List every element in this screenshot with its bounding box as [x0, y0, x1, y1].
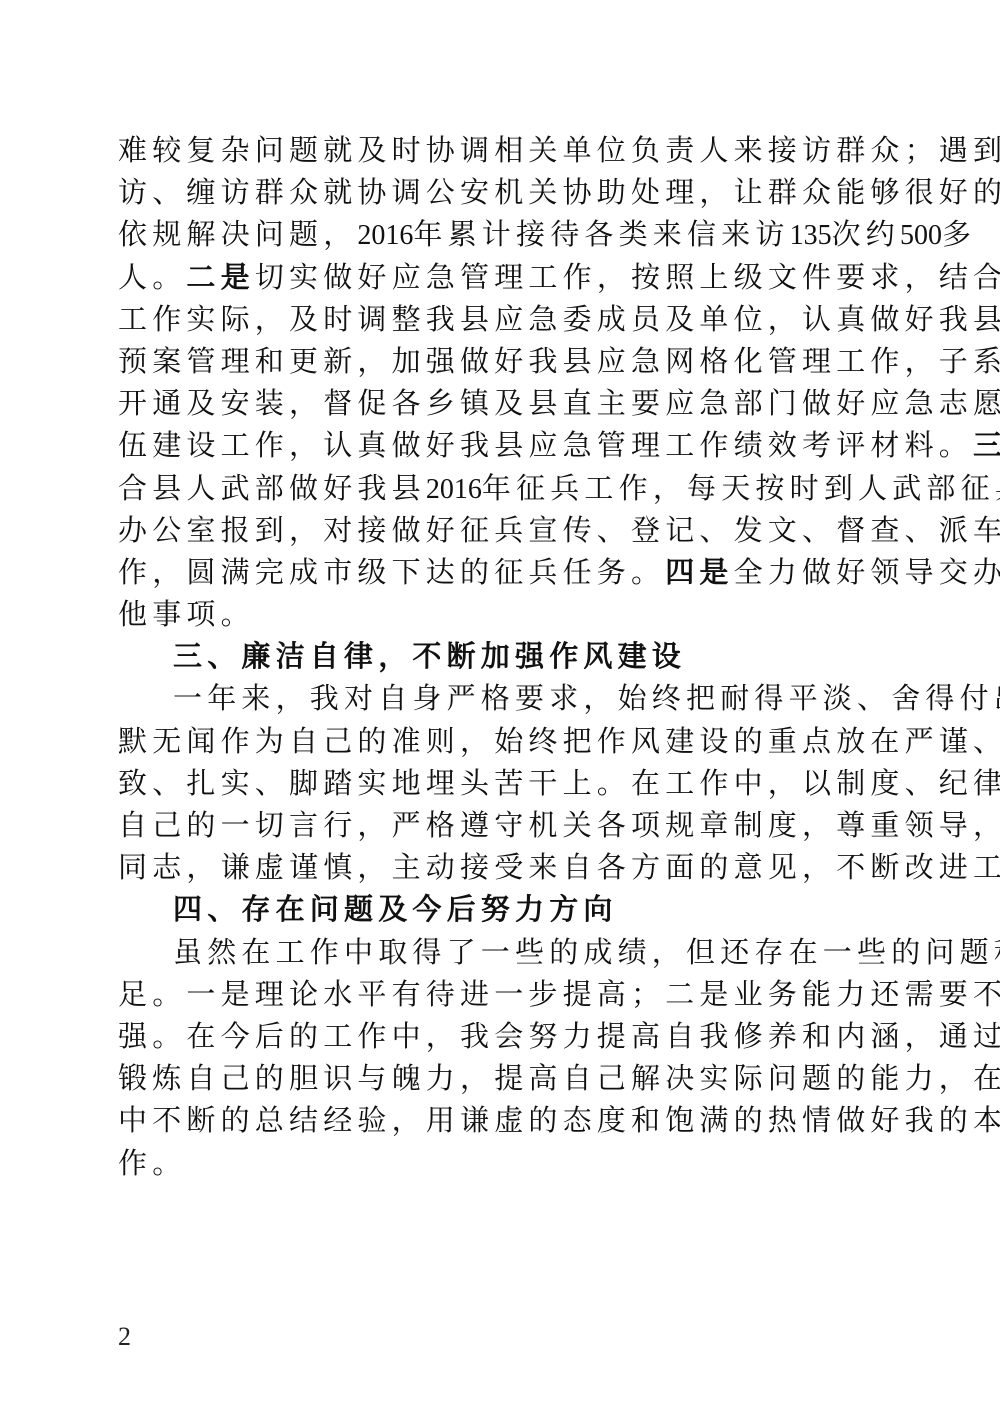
document-page: 难较复杂问题就及时协调相关单位负责人来接访群众；遇到闹 访、缠访群众就协调公安机…	[118, 129, 884, 1184]
text-span: 次约	[832, 217, 900, 251]
section-heading: 三、廉洁自律，不断加强作风建设	[118, 635, 884, 677]
text-span: 伍建设工作，认真做好我县应急管理工作绩效考评材料。	[118, 428, 973, 462]
text-line: 一年来，我对自身严格要求，始终把耐得平淡、舍得付出、默	[118, 677, 884, 719]
text-span: 人。	[118, 260, 186, 294]
text-span: 年累计接待各类来信来访	[413, 217, 789, 251]
bold-marker: 二是	[186, 260, 254, 294]
text-line: 依规解决问题，2016年累计接待各类来信来访135次约500多	[118, 213, 884, 255]
page-number: 2	[118, 1322, 131, 1352]
text-line: 自己的一切言行，严格遵守机关各项规章制度，尊重领导，团结	[118, 804, 884, 846]
bold-marker: 三是	[973, 428, 1000, 462]
text-line: 作。	[118, 1142, 884, 1184]
text-line: 足。一是理论水平有待进一步提高；二是业务能力还需要不断加	[118, 973, 884, 1015]
text-line: 难较复杂问题就及时协调相关单位负责人来接访群众；遇到闹	[118, 129, 884, 171]
text-line: 同志，谦虚谨慎，主动接受来自各方面的意见，不断改进工作。	[118, 846, 884, 888]
text-span: 作，圆满完成市级下达的征兵任务。	[118, 555, 665, 589]
text-line: 中不断的总结经验，用谦虚的态度和饱满的热情做好我的本职工	[118, 1099, 884, 1141]
text-span: 全力做好领导交办的其	[734, 555, 1000, 589]
text-line: 预案管理和更新，加强做好我县应急网格化管理工作，子系统的	[118, 340, 884, 382]
text-line: 开通及安装，督促各乡镇及县直主要应急部门做好应急志愿者队	[118, 382, 884, 424]
year-number: 2016	[426, 474, 482, 505]
bold-marker: 四是	[665, 555, 733, 589]
text-line: 他事项。	[118, 593, 884, 635]
visit-count: 135	[790, 220, 832, 251]
text-span: 依规解决问题，	[118, 217, 357, 251]
text-line: 致、扎实、脚踏实地埋头苦干上。在工作中，以制度、纪律规范	[118, 762, 884, 804]
people-count: 500	[900, 220, 942, 251]
text-line: 访、缠访群众就协调公安机关协助处理，让群众能够很好的依法	[118, 171, 884, 213]
text-span: 年征兵工作，每天按时到人武部征兵	[482, 471, 1000, 505]
year-number: 2016	[357, 220, 413, 251]
text-line: 工作实际，及时调整我县应急委成员及单位，认真做好我县应急	[118, 298, 884, 340]
text-line: 锻炼自己的胆识与魄力，提高自己解决实际问题的能力，在工作	[118, 1057, 884, 1099]
text-line: 合县人武部做好我县2016年征兵工作，每天按时到人武部征兵	[118, 467, 884, 509]
text-span: 合县人武部做好我县	[118, 471, 426, 505]
text-line: 人。二是切实做好应急管理工作，按照上级文件要求，结合我县	[118, 256, 884, 298]
text-line: 办公室报到，对接做好征兵宣传、登记、发文、督查、派车等工	[118, 509, 884, 551]
text-line: 强。在今后的工作中，我会努力提高自我修养和内涵，通过实践	[118, 1015, 884, 1057]
text-span: 多	[942, 217, 976, 251]
text-line: 默无闻作为自己的准则，始终把作风建设的重点放在严谨、细	[118, 720, 884, 762]
text-span: 切实做好应急管理工作，按照上级文件要求，结合我县	[255, 260, 1000, 294]
text-line: 虽然在工作中取得了一些的成绩，但还存在一些的问题和不	[118, 931, 884, 973]
section-heading: 四、存在问题及今后努力方向	[118, 888, 884, 930]
text-line: 伍建设工作，认真做好我县应急管理工作绩效考评材料。三是配	[118, 424, 884, 466]
text-line: 作，圆满完成市级下达的征兵任务。四是全力做好领导交办的其	[118, 551, 884, 593]
